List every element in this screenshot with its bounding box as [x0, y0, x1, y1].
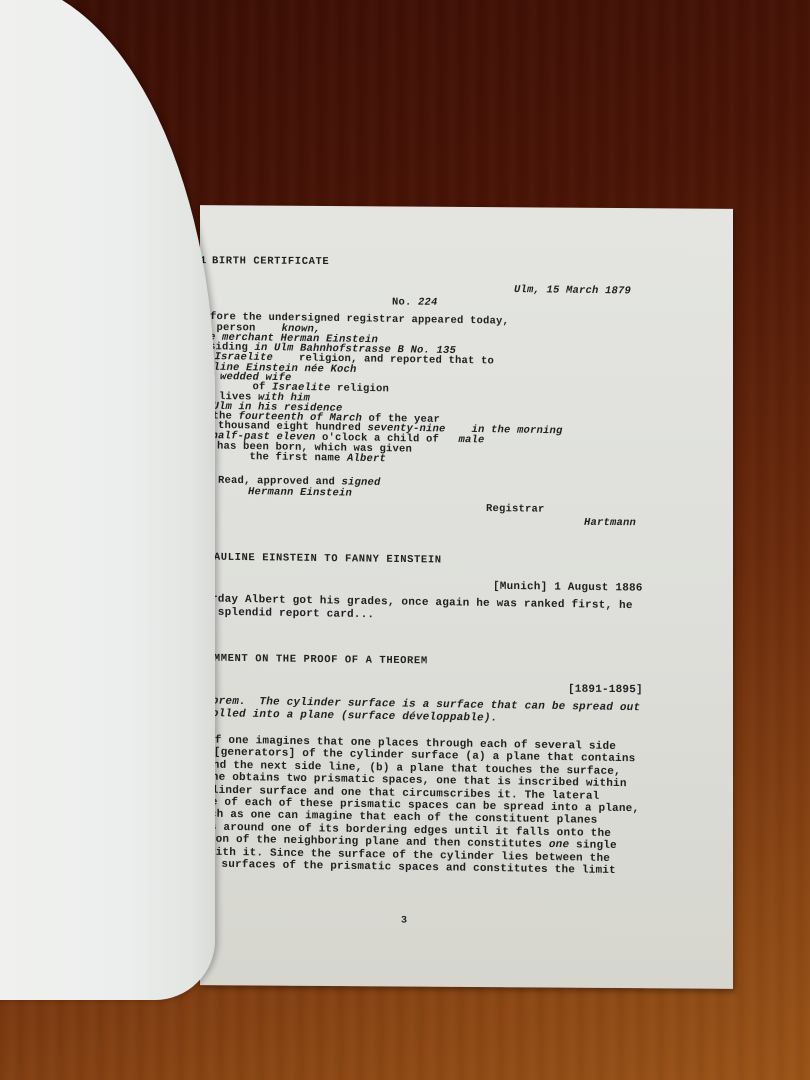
record-number: No. 224 [392, 296, 438, 308]
section-title: BIRTH CERTIFICATE [212, 255, 329, 268]
place-date: [Munich] 1 August 1886 [493, 581, 643, 595]
registrar-name: Hartmann [584, 517, 636, 529]
certificate-line: the first name Albert [191, 450, 386, 465]
section-title: PAULINE EINSTEIN TO FANNY EINSTEIN [207, 552, 442, 567]
page-number: 3 [401, 916, 407, 927]
signoff-line: Hermann Einstein [248, 486, 352, 499]
registrar-label: Registrar [486, 503, 545, 516]
document-page: 1BIRTH CERTIFICATEUlm, 15 March 1879No. … [200, 205, 733, 989]
place-date: Ulm, 15 March 1879 [514, 284, 631, 297]
section-title: COMMENT ON THE PROOF OF A THEOREM [200, 653, 428, 668]
date-range: [1891-1895] [568, 684, 643, 697]
